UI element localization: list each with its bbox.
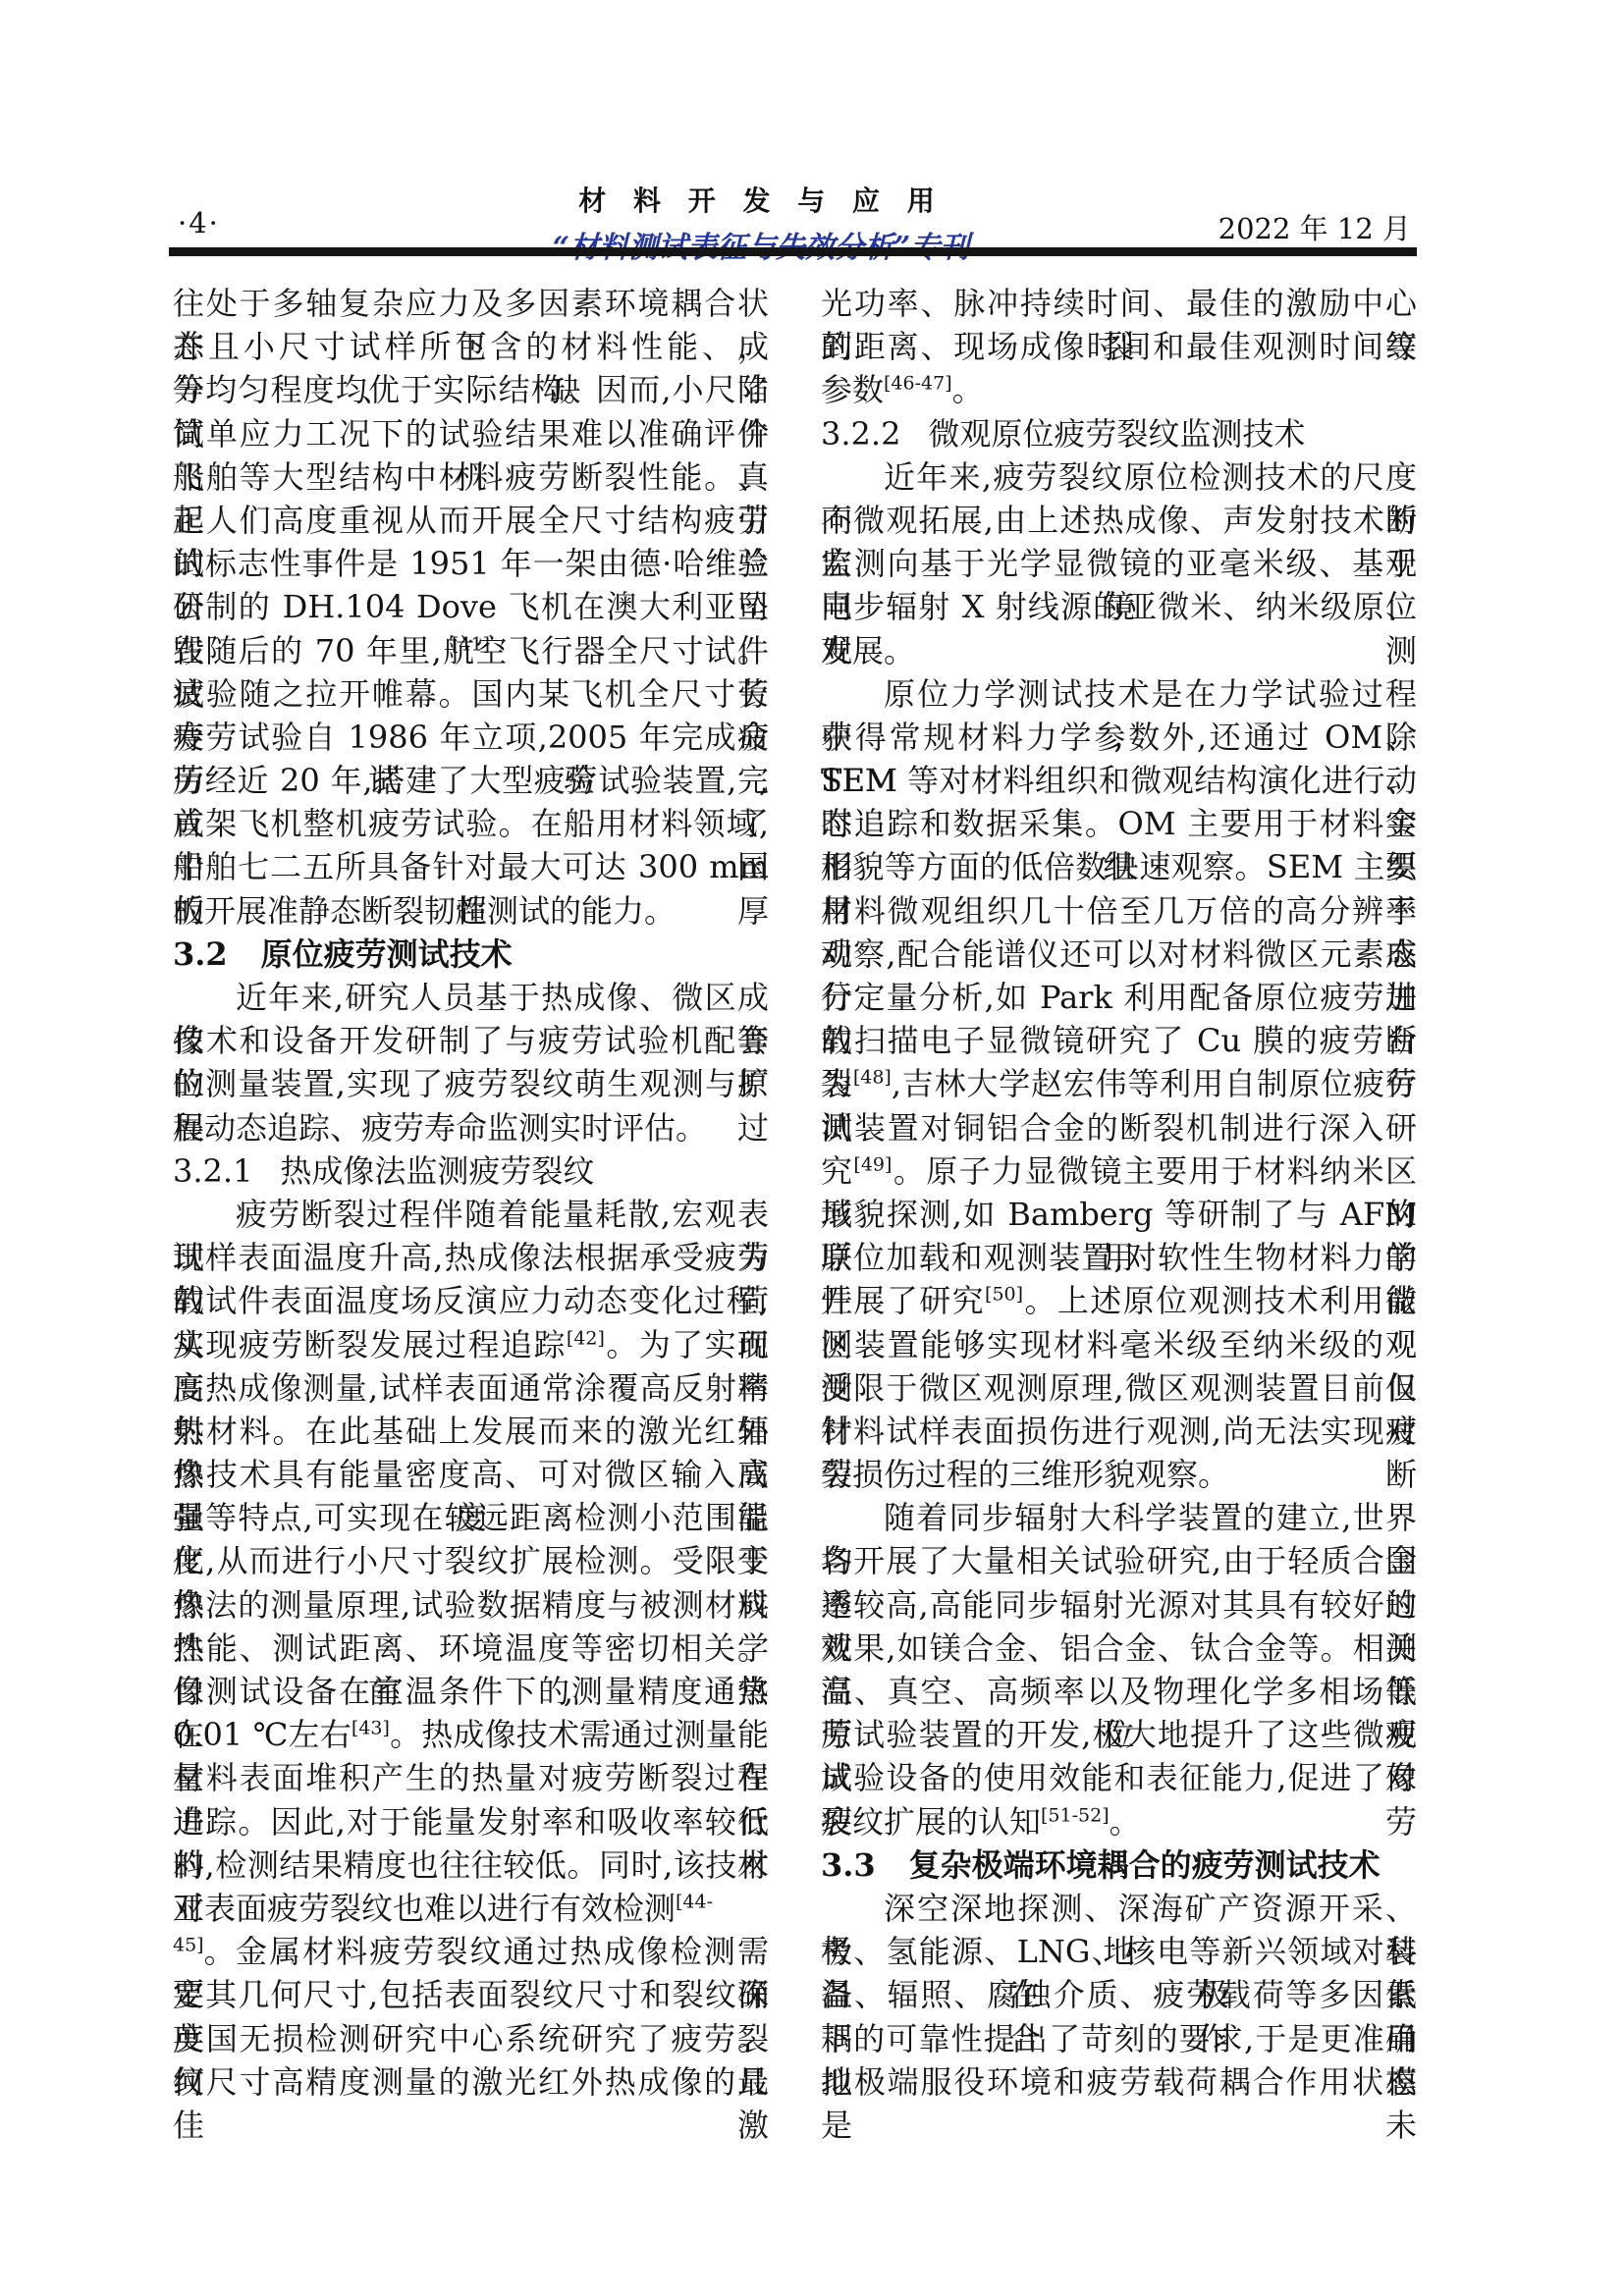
text-segment: 0.01 ℃左右 — [173, 1716, 352, 1753]
text-segment: 。 — [204, 1933, 236, 1970]
text-line: 化,从而进行小尺寸裂纹扩展检测。受限于热成 — [173, 1539, 769, 1582]
text-segment: 实现疲劳断裂发展过程追踪 — [173, 1326, 567, 1363]
text-line: 研制的 DH.104 Dove 飞机在澳大利亚坠毁[41]。 — [173, 585, 769, 628]
text-line: 原位力学测试技术是在力学试验过程中,除 — [821, 672, 1417, 716]
text-segment: 。 — [952, 371, 984, 408]
text-line: 温、真空、高频率以及物理化学多相场等原位疲 — [821, 1670, 1417, 1713]
heading-title: 复杂极端环境耦合的疲劳测试技术 — [909, 1846, 1380, 1884]
text-line: 像测试设备在室温条件下的测量精度通常在 — [173, 1670, 769, 1713]
text-line: 参数[46-47]。 — [821, 368, 1417, 411]
text-line: 监测向基于光学显微镜的亚毫米级、基于电镜、 — [821, 542, 1417, 585]
text-line: 的标志性事件是 1951 年一架由德·哈维兰公司 — [173, 542, 769, 585]
text-line: 程动态追踪、疲劳寿命监测实时评估。 — [173, 1106, 769, 1149]
text-line: 料,检测结果精度也往往较低。同时,该技术对 — [173, 1843, 769, 1887]
text-segment: 何尺寸高精度测量的激光红外热成像的最佳激 — [173, 2063, 769, 2144]
text-line: 性能、测试距离、环境温度等密切相关。目前,热 — [173, 1627, 769, 1670]
reference-marker: [42] — [567, 1327, 605, 1349]
text-line: 追踪。因此,对于能量发射率和吸收率较低的材 — [173, 1800, 769, 1843]
text-line: 射材料。在此基础上发展而来的激光红外热成 — [173, 1410, 769, 1453]
section-heading: 3.3复杂极端环境耦合的疲劳测试技术 — [821, 1843, 1417, 1887]
text-line: 为[48],吉林大学赵宏伟等利用自制原位疲劳测 — [821, 1062, 1417, 1105]
section-heading: 3.2.2微观原位疲劳裂纹监测技术 — [821, 412, 1417, 455]
text-line: 下的可靠性提出了苛刻的要求,于是更准确地模 — [821, 2017, 1417, 2060]
text-line: 劳试验装置的开发,极大地提升了这些微观成像 — [821, 1713, 1417, 1756]
text-line: 起人们高度重视从而开展全尺寸结构疲劳试验 — [173, 499, 769, 542]
text-line: 近年来,研究人员基于热成像、微区成像等 — [173, 976, 769, 1019]
text-line: 何尺寸高精度测量的激光红外热成像的最佳激 — [173, 2060, 769, 2104]
text-line: 均开展了大量相关试验研究,由于轻质合金透过 — [821, 1539, 1417, 1582]
text-segment: 发展。 — [821, 632, 915, 669]
text-line: 效果,如镁合金、铝合金、钛合金等。相关高低 — [821, 1627, 1417, 1670]
heading-title: 微观原位疲劳裂纹监测技术 — [928, 415, 1305, 453]
text-line: 材料试样表面损伤进行观测,尚无法实现疲劳断 — [821, 1410, 1417, 1453]
text-line: 近年来,疲劳裂纹原位检测技术的尺度不断 — [821, 455, 1417, 499]
text-segment: 。 — [1110, 1803, 1141, 1841]
text-line: 船舶七二五所具备针对最大可达 300 mm 的超厚 — [173, 845, 769, 888]
header-rule — [169, 247, 1417, 256]
text-line: 率较高,高能同步辐射光源对其具有较好的观测 — [821, 1583, 1417, 1627]
text-line: 首架飞机整机疲劳试验。在船用材料领域,中国 — [173, 802, 769, 845]
text-line: 随着同步辐射大科学装置的建立,世界各国 — [821, 1496, 1417, 1539]
text-segment: 参数 — [821, 371, 884, 408]
reference-marker: [43] — [352, 1718, 390, 1739]
text-line: 测装置能够实现材料毫米级至纳米级的观测,但 — [821, 1323, 1417, 1366]
heading-number: 3.2 — [173, 935, 228, 973]
column-right: 光功率、脉冲持续时间、最佳的激励中心到裂纹的距离、现场成像时间和最佳观测时间等参… — [821, 282, 1417, 2104]
text-line: 拟极端服役环境和疲劳载荷耦合作用状态是未 — [821, 2060, 1417, 2104]
text-segment: 究 — [821, 1152, 853, 1190]
text-line: 试样表面温度升高,热成像法根据承受疲劳载荷 — [173, 1236, 769, 1279]
text-line: 究[49]。原子力显微镜主要用于材料纳米区域的 — [821, 1149, 1417, 1193]
text-line: 疲劳试验自 1986 年立项,2005 年完成疲劳试验, — [173, 716, 769, 759]
text-segment: 开展了研究 — [821, 1282, 985, 1319]
text-line: 等均匀程度均优于实际结构。因而,小尺寸试件 — [173, 368, 769, 411]
reference-marker: [49] — [853, 1153, 892, 1175]
heading-title: 原位疲劳测试技术 — [261, 935, 513, 973]
text-line: 0.01 ℃左右[43]。热成像技术需通过测量能量在 — [173, 1713, 769, 1756]
text-segment: 为 — [821, 1065, 853, 1102]
text-line: 金属材料疲劳裂纹通过热成像检测需要确 — [173, 1930, 769, 1973]
text-line: 位测量装置,实现了疲劳裂纹萌生观测与扩展过 — [173, 1062, 769, 1105]
text-line: TEM 等对材料组织和微观结构演化进行动态实 — [821, 759, 1417, 802]
text-line: 的距离、现场成像时间和最佳观测时间等 — [821, 325, 1417, 368]
text-line: 简单应力工况下的试验结果难以准确评价飞机、 — [173, 412, 769, 455]
text-line: 试验设备的使用效能和表征能力,促进了对疲劳 — [821, 1756, 1417, 1799]
text-line: 度热成像测量,试样表面通常涂覆高反射率热辐 — [173, 1366, 769, 1410]
text-line: 形貌探测,如 Bamberg 等研制了与 AFM 联用的 — [821, 1193, 1417, 1236]
reference-marker: [48] — [853, 1067, 892, 1089]
text-line: 船舶等大型结构中材料疲劳断裂性能。真正引 — [173, 455, 769, 499]
text-line: 试装置对铜铝合金的断裂机制进行深入研 — [821, 1106, 1417, 1149]
text-segment: 裂损伤过程的三维形貌观察。 — [821, 1456, 1229, 1493]
text-line: 亚表面疲劳裂纹也难以进行有效检测[44-45]。 — [173, 1887, 769, 1930]
column-left: 往处于多轴复杂应力及多因素环境耦合状态下，并且小尺寸试样所包含的材料性能、成分、… — [173, 282, 769, 2104]
issue-date: 2022 年 12 月 — [1218, 207, 1411, 247]
text-line: 开展了研究[50]。上述原位观测技术利用微区观 — [821, 1279, 1417, 1322]
text-line: 技术和设备开发研制了与疲劳试验机配套的原 — [173, 1019, 769, 1062]
reference-marker: [51-52] — [1041, 1804, 1110, 1826]
text-segment: 程动态追踪、疲劳寿命监测实时评估。 — [173, 1109, 707, 1147]
heading-title: 热成像法监测疲劳裂纹 — [280, 1152, 594, 1190]
special-issue-title: “材料测试表征与失效分析”专刊 — [412, 223, 1110, 266]
text-line: 像法的测量原理,试验数据精度与被测材料热学 — [173, 1583, 769, 1627]
text-line: 的扫描电子显微镜研究了 Cu 膜的疲劳断裂行 — [821, 1019, 1417, 1062]
text-line: 在随后的 70 年里,航空飞行器全尺寸试件疲劳 — [173, 629, 769, 672]
text-line: 并且小尺寸试样所包含的材料性能、成分、缺陷 — [173, 325, 769, 368]
reference-marker: [50] — [985, 1284, 1023, 1306]
page-header: ·4· 材 料 开 发 与 应 用 “材料测试表征与失效分析”专刊 2022 年… — [0, 0, 1624, 260]
text-segment: 裂纹扩展的认知 — [821, 1803, 1041, 1841]
reference-marker: [46-47] — [884, 373, 952, 395]
text-line: 考、氢能源、LNG、核电等新兴领域对装备在极低 — [821, 1930, 1417, 1973]
page-number: ·4· — [178, 206, 220, 240]
text-line: 材料微观组织几十倍至几万倍的高分辨率动态 — [821, 889, 1417, 933]
text-line: 获得常规材料力学参数外,还通过 OM、SEM、 — [821, 716, 1417, 759]
document-page: ·4· 材 料 开 发 与 应 用 “材料测试表征与失效分析”专刊 2022 年… — [0, 0, 1624, 2296]
text-line: 试验随之拉开帷幕。国内某飞机全尺寸长寿命 — [173, 672, 769, 716]
text-line: 英国无损检测研究中心系统研究了疲劳裂纹几 — [173, 2017, 769, 2060]
text-segment: 的距离、现场成像时间和最佳观测时间等 — [821, 328, 1417, 365]
heading-number: 3.3 — [821, 1846, 876, 1884]
text-segment: 亚表面疲劳裂纹也难以进行有效检测 — [173, 1890, 676, 1927]
text-line: 历经近 20 年,搭建了大型疲劳试验装置,完成了 — [173, 759, 769, 802]
text-line: 材料表面堆积产生的热量对疲劳断裂过程进行 — [173, 1756, 769, 1799]
text-line: 的试件表面温度场反演应力动态变化过程,从而 — [173, 1279, 769, 1322]
text-segment: 试装置对铜铝合金的断裂机制进行深入研 — [821, 1109, 1417, 1147]
text-line: 观察,配合能谱仪还可以对材料微区元素成分进 — [821, 933, 1417, 976]
text-line: 光功率、脉冲持续时间、最佳的激励中心到裂纹 — [821, 282, 1417, 325]
text-line: 定其几何尺寸,包括表面裂纹尺寸和裂纹深度。 — [173, 1973, 769, 2016]
text-line: 疲劳断裂过程伴随着能量耗散,宏观表现为 — [173, 1193, 769, 1236]
text-line: 量等特点,可实现在较远距离检测小范围温度变 — [173, 1496, 769, 1539]
text-line: 向微观拓展,由上述热成像、声发射技术的宏观 — [821, 499, 1417, 542]
text-line: 深空深地探测、深海矿产资源开采、极地科 — [821, 1887, 1417, 1930]
text-line: 受限于微区观测原理,微区观测装置目前仅针对 — [821, 1366, 1417, 1410]
text-segment: 板开展准静态断裂韧性测试的能力。 — [173, 892, 676, 930]
text-line: 形貌等方面的低倍数快速观察。SEM 主要用于 — [821, 845, 1417, 888]
section-heading: 3.2.1热成像法监测疲劳裂纹 — [173, 1149, 769, 1193]
journal-title: 材 料 开 发 与 应 用 — [412, 180, 1110, 219]
text-line: 像技术具有能量密度高、可对微区输入高强度能 — [173, 1453, 769, 1496]
text-line: 实现疲劳断裂发展过程追踪[42]。为了实现高精 — [173, 1323, 769, 1366]
text-line: 原位加载和观测装置,对软性生物材料力学性能 — [821, 1236, 1417, 1279]
text-line: 同步辐射 X 射线源的亚微米、纳米级原位观测 — [821, 585, 1417, 628]
article-body: 往处于多轴复杂应力及多因素环境耦合状态下，并且小尺寸试样所包含的材料性能、成分、… — [173, 282, 1417, 2104]
text-segment: 拟极端服役环境和疲劳载荷耦合作用状态是未 — [821, 2063, 1417, 2144]
section-heading: 3.2原位疲劳测试技术 — [173, 933, 769, 976]
heading-number: 3.2.1 — [173, 1152, 252, 1190]
text-line: 时追踪和数据采集。OM 主要用于材料金相组织 — [821, 802, 1417, 845]
text-line: 温、辐照、腐蚀介质、疲劳载荷等多因素耦合作用 — [821, 1973, 1417, 2016]
heading-number: 3.2.2 — [821, 415, 900, 453]
text-line: 往处于多轴复杂应力及多因素环境耦合状态下， — [173, 282, 769, 325]
text-line: 行定量分析,如 Park 利用配备原位疲劳加载台 — [821, 976, 1417, 1019]
